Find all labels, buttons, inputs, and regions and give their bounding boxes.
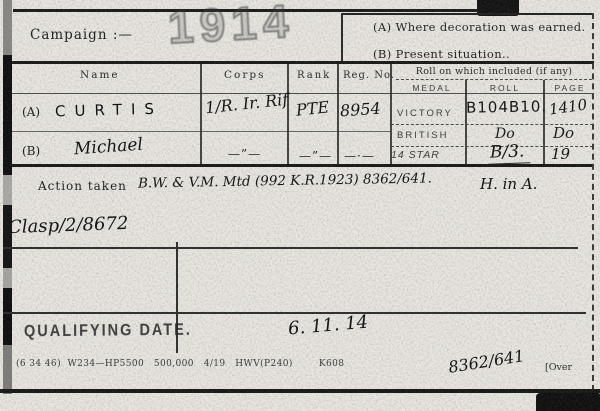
british-page-ditto: Do (553, 124, 574, 142)
note-where-decoration-earned: (A) Where decoration was earned. (373, 20, 586, 34)
medal-index-card-scan: Campaign :— 1914 (A) Where decoration wa… (0, 0, 600, 411)
row-a-b-separator-rule (12, 131, 390, 132)
header-rank: Rank (297, 70, 331, 81)
table-bottom-rule (10, 164, 594, 167)
rank-value: PTE (295, 97, 330, 119)
over-label: [Over (545, 362, 572, 373)
clasp-reference: Clasp/2/8672 (8, 213, 129, 238)
british-roll-ditto: Do (495, 126, 515, 142)
campaign-label: Campaign :— (30, 27, 133, 43)
column-rule-rank-reg (337, 64, 339, 165)
scan-ink-blot-bottom-right (536, 393, 600, 411)
header-roll-col: ROLL (470, 83, 540, 93)
table-top-rule (12, 61, 594, 64)
star-page-value: 19 (551, 145, 570, 163)
medal-14-star-stamp: 14 STAR (391, 149, 440, 161)
right-border-rule (592, 13, 594, 391)
rank-ditto-mark: —”— (299, 149, 332, 163)
campaign-1914-stamp: 1914 (167, 0, 296, 53)
clasp-row-rule (3, 247, 578, 249)
medal-victory-stamp: VICTORY (397, 108, 453, 119)
surname-value: CURTIS (55, 100, 163, 121)
row-a-label: (A) (22, 105, 40, 119)
bottom-border-rule (0, 389, 600, 393)
note-present-situation: (B) Present situation.. (373, 47, 510, 61)
qualifying-row-rule (3, 312, 586, 314)
qualifying-date-stamp: QUALIFYING DATE. (24, 321, 192, 341)
roll-header-underline (396, 79, 592, 80)
reg-no-value: 8954 (339, 99, 381, 121)
column-rule-name-corps (200, 64, 202, 165)
header-medal: MEDAL (400, 83, 464, 93)
file-reference-handwritten: 8362/641 (447, 346, 526, 377)
victory-roll-ref: B104B10. (466, 97, 547, 116)
forename-value: Michael (73, 135, 143, 160)
column-rule-corps-rank (287, 64, 289, 165)
header-page: PAGE (548, 83, 592, 93)
header-corps: Corps (224, 69, 266, 81)
h-in-a-annotation: H. in A. (480, 175, 537, 193)
decoration-notes-box: (A) Where decoration was earned. (B) Pre… (341, 13, 593, 62)
medal-british-stamp: BRITISH (397, 130, 448, 141)
star-roll-ref: B/3. (488, 141, 531, 164)
action-taken-label: Action taken (38, 179, 127, 193)
victory-page-value: 1410 (548, 95, 588, 118)
header-roll: Roll on which included (if any) (398, 66, 590, 77)
header-underline-rule (12, 93, 594, 94)
form-print-code: (6 34 46) W234—HP5500 500,000 4/19 HWV(P… (16, 359, 344, 369)
action-taken-value: B.W. & V.M. Mtd (992 K.R.1923) 8362/641. (138, 170, 432, 191)
corps-ditto-mark: —”— (228, 147, 261, 161)
reg-no-ditto-mark: —·— (344, 149, 375, 163)
qualifying-date-value: 6. 11. 14 (287, 312, 369, 340)
scan-left-edge-artifact (3, 0, 12, 394)
header-reg-no: Reg. No. (343, 70, 395, 81)
row-b-label: (B) (22, 144, 40, 158)
header-name: Name (80, 69, 120, 81)
